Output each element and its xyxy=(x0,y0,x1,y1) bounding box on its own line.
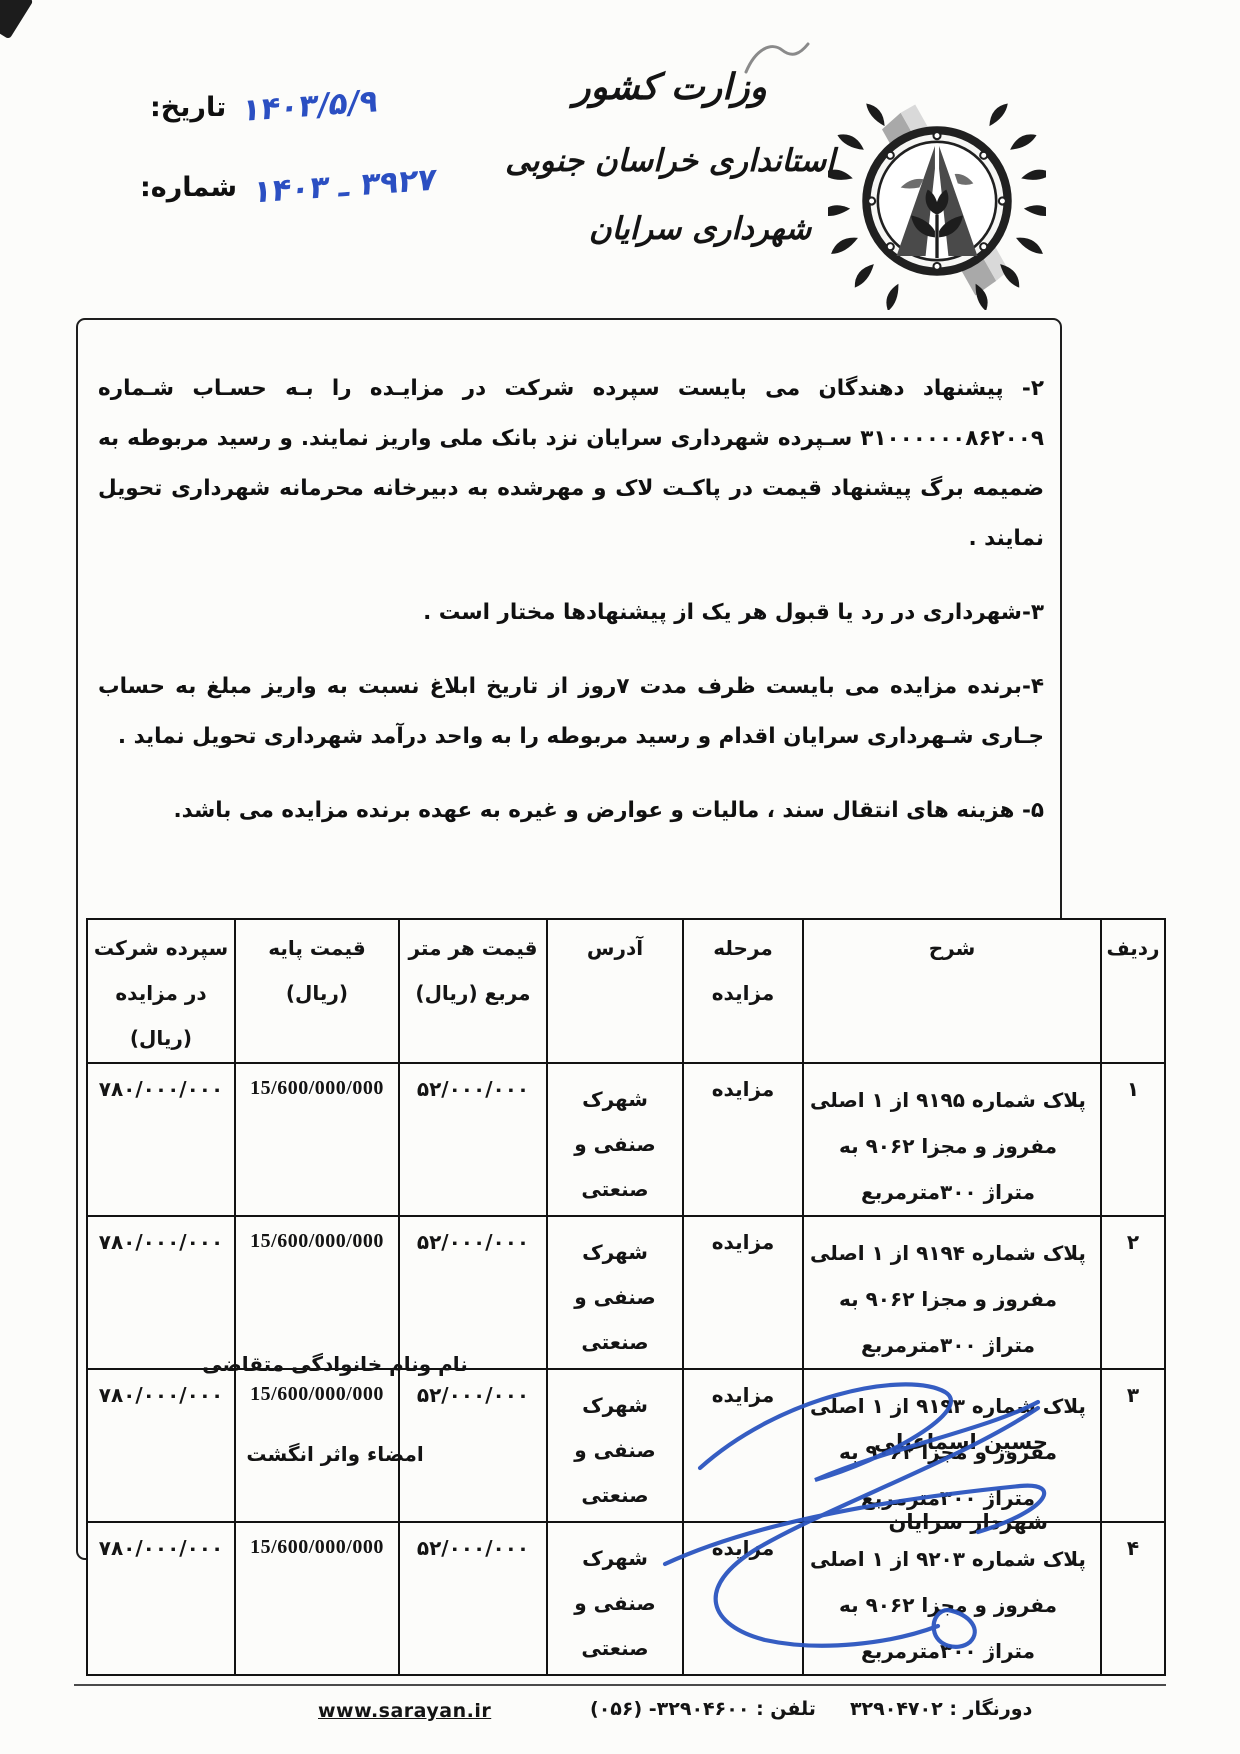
clause-3: ۳-شهرداری در رد یا قبول هر یک از پیشنهاد… xyxy=(98,588,1044,638)
ministry-title: وزارت کشور xyxy=(455,68,885,108)
col-price-per-meter: قیمت هر متر مربع (ریال) xyxy=(399,919,547,1063)
municipality-title: شهرداری سرایان xyxy=(455,212,885,246)
cell-base-price: 15/600/000/000 xyxy=(235,1522,399,1675)
letter-date: تاریخ: ۱۴۰۳/۵/۹ xyxy=(150,88,380,124)
clause-2: ۲- پیشنهاد دهندگان می بایست سپرده شرکت د… xyxy=(98,364,1044,564)
col-address: آدرس xyxy=(547,919,683,1063)
scan-corner-artifact xyxy=(0,0,34,40)
cell-auction-stage: مزایده xyxy=(683,1063,803,1216)
cell-price-per-meter: ۵۲/۰۰۰/۰۰۰ xyxy=(399,1522,547,1675)
number-value-handwritten: ۳۹۲۷ ـ ۱۴۰۳ xyxy=(251,161,438,210)
applicant-name-line: نام ونام خانوادگی متقاضی xyxy=(185,1352,485,1376)
footer-website: www.sarayan.ir xyxy=(318,1700,491,1722)
cell-address: شهرک صنفی و صنعتی xyxy=(547,1216,683,1369)
clause-4: ۴-برنده مزایده می بایست ظرف مدت ۷روز از … xyxy=(98,662,1044,762)
clause-5: ۵- هزینه های انتقال سند ، مالیات و عوارض… xyxy=(98,786,1044,836)
cell-row-number: ۱ xyxy=(1101,1063,1165,1216)
applicant-signature-line: امضاء واثر انگشت xyxy=(185,1442,485,1466)
scanned-letter-page: { "meta": { "date_label": "تاریخ:", "dat… xyxy=(0,0,1240,1754)
cell-description: پلاک شماره ۹۱۹۵ از ۱ اصلی مفروز و مجزا ۹… xyxy=(803,1063,1101,1216)
cell-auction-stage: مزایده xyxy=(683,1216,803,1369)
clauses-block: ۲- پیشنهاد دهندگان می بایست سپرده شرکت د… xyxy=(98,364,1044,860)
col-deposit: سپرده شرکت در مزایده (ریال) xyxy=(87,919,235,1063)
cell-price-per-meter: ۵۲/۰۰۰/۰۰۰ xyxy=(399,1063,547,1216)
footer-phone: تلفن : ۳۲۹۰۴۶۰۰- (۰۵۶) xyxy=(590,1698,816,1720)
table-row: ۲ پلاک شماره ۹۱۹۴ از ۱ اصلی مفروز و مجزا… xyxy=(87,1216,1165,1369)
cell-deposit: ۷۸۰/۰۰۰/۰۰۰ xyxy=(87,1063,235,1216)
cell-deposit: ۷۸۰/۰۰۰/۰۰۰ xyxy=(87,1522,235,1675)
cell-deposit: ۷۸۰/۰۰۰/۰۰۰ xyxy=(87,1216,235,1369)
col-row-number: ردیف xyxy=(1101,919,1165,1063)
letterhead: وزارت کشور استانداری خراسان جنوبی شهردار… xyxy=(455,68,885,246)
footer-fax: دورنگار : ۳۲۹۰۴۷۰۲ xyxy=(850,1698,1032,1720)
handwritten-signature-icon xyxy=(630,1368,1080,1658)
table-header-row: ردیف شرح مرحله مزایده آدرس قیمت هر متر م… xyxy=(87,919,1165,1063)
cell-description: پلاک شماره ۹۱۹۴ از ۱ اصلی مفروز و مجزا ۹… xyxy=(803,1216,1101,1369)
cell-row-number: ۳ xyxy=(1101,1369,1165,1522)
cell-base-price: 15/600/000/000 xyxy=(235,1216,399,1369)
footer-contacts: تلفن : ۳۲۹۰۴۶۰۰- (۰۵۶) دورنگار : ۳۲۹۰۴۷۰… xyxy=(590,1698,1062,1720)
governorate-title: استانداری خراسان جنوبی xyxy=(455,144,885,178)
col-auction-stage: مرحله مزایده xyxy=(683,919,803,1063)
letter-number: شماره: ۳۹۲۷ ـ ۱۴۰۳ xyxy=(140,168,460,204)
footer-divider xyxy=(74,1684,1166,1686)
number-label: شماره: xyxy=(140,172,237,203)
table-row: ۱ پلاک شماره ۹۱۹۵ از ۱ اصلی مفروز و مجزا… xyxy=(87,1063,1165,1216)
date-value-handwritten: ۱۴۰۳/۵/۹ xyxy=(240,83,380,129)
date-label: تاریخ: xyxy=(150,92,226,123)
cell-row-number: ۲ xyxy=(1101,1216,1165,1369)
col-base-price: قیمت پایه (ریال) xyxy=(235,919,399,1063)
cell-base-price: 15/600/000/000 xyxy=(235,1063,399,1216)
cell-price-per-meter: ۵۲/۰۰۰/۰۰۰ xyxy=(399,1216,547,1369)
cell-address: شهرک صنفی و صنعتی xyxy=(547,1063,683,1216)
municipality-emblem-icon xyxy=(828,92,1046,310)
cell-row-number: ۴ xyxy=(1101,1522,1165,1675)
col-description: شرح xyxy=(803,919,1101,1063)
